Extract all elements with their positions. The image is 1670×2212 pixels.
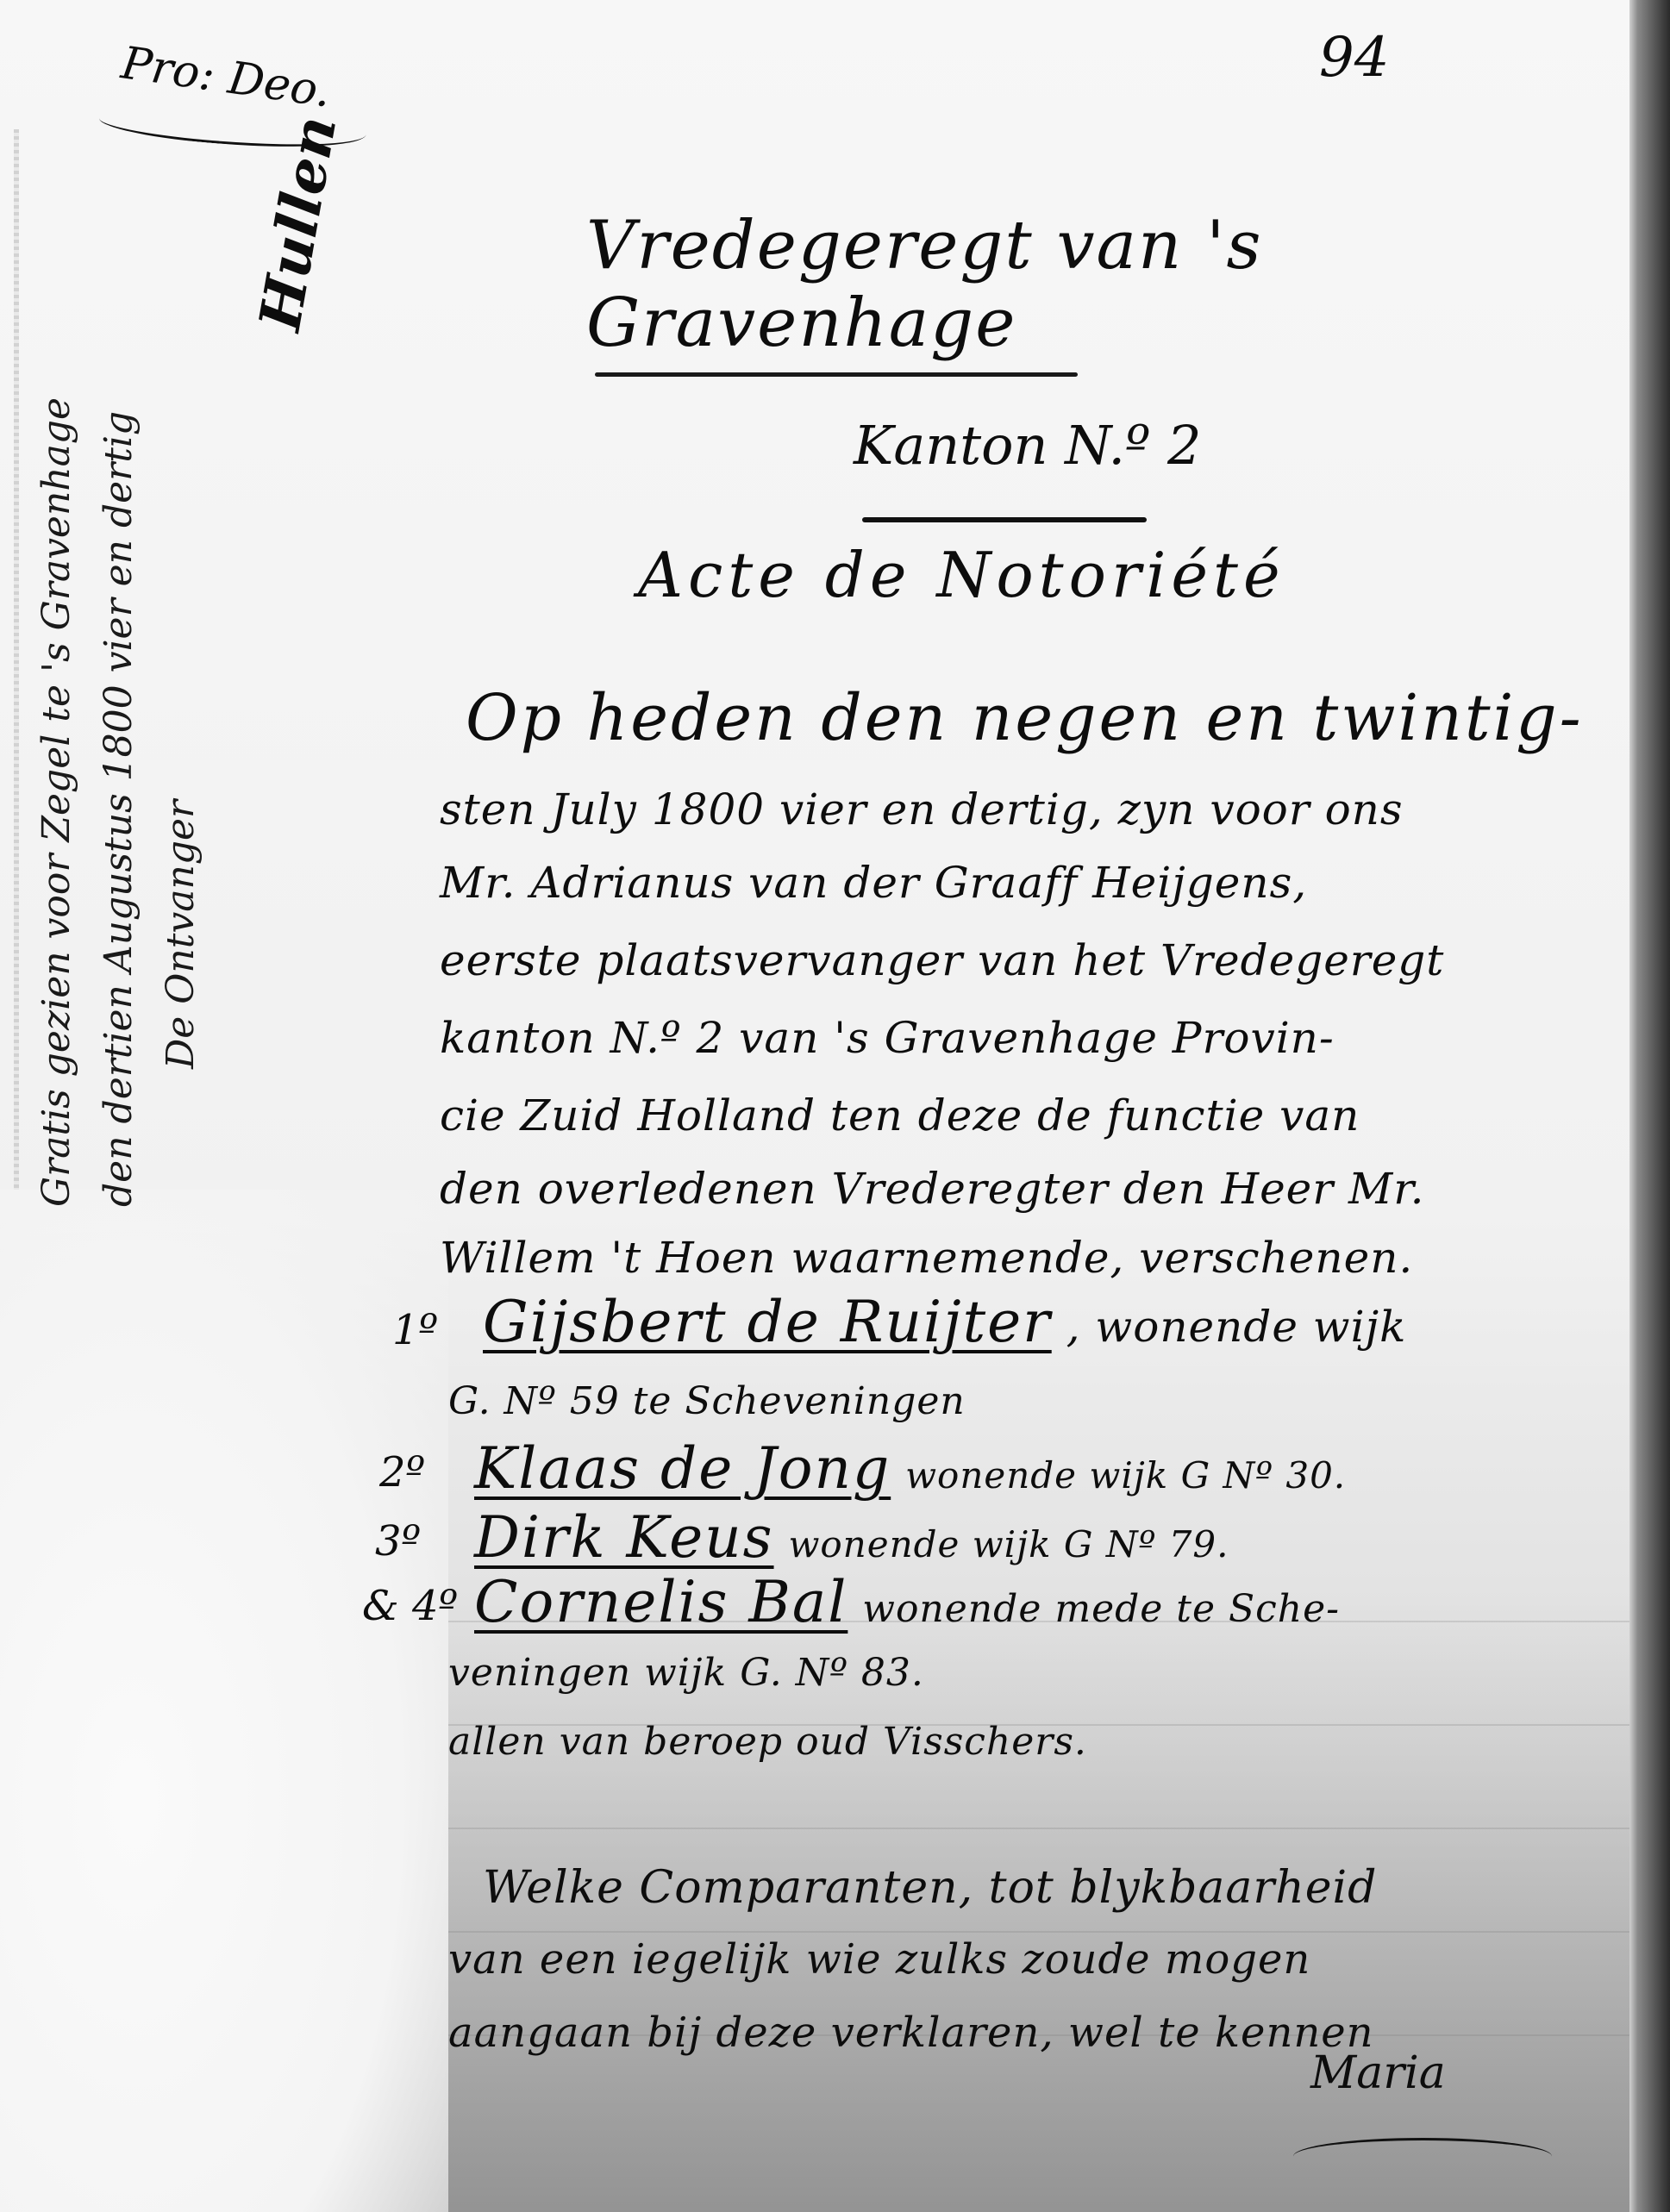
comparant-details: , wonende wijk [1066,1302,1407,1352]
body-line: sten July 1800 vier en dertig, zyn voor … [440,784,1404,834]
comparant-number: 2º [379,1448,425,1497]
comparant-name: Dirk Keus [474,1504,774,1571]
catchword: Maria [1310,2047,1446,2099]
ruled-line [448,1828,1629,1829]
kanton-heading: Kanton N.º 2 [854,414,1201,477]
margin-note-line: Gratis gezien voor Zegel te 's Gravenhag… [26,397,88,1207]
comparant-name: Gijsbert de Ruijter [483,1289,1052,1355]
body-line: van een iegelijk wie zulks zoude mogen [448,1935,1310,1984]
comparant-continuation: veningen wijk G. Nº 83. [448,1651,924,1695]
faded-margin-area [0,1190,448,2212]
comparant-number: 1º [392,1306,438,1354]
comparant-number: 3º [375,1517,421,1565]
comparant-entry: Klaas de Jong wonende wijk G Nº 30. [474,1435,1346,1502]
court-heading: Vredegeregt van 's Gravenhage [586,207,1670,362]
body-line: aangaan bij deze verklaren, wel te kenne… [448,2009,1374,2057]
document-title: Acte de Notoriété [638,539,1285,611]
body-line: kanton N.º 2 van 's Gravenhage Provin- [440,1013,1335,1063]
margin-rule [14,129,19,1190]
comparant-details: wonende wijk G Nº 30. [905,1454,1346,1497]
comparant-name: Klaas de Jong [474,1435,891,1502]
ruled-line [448,1931,1629,1933]
comparant-entry: Gijsbert de Ruijter , wonende wijk [483,1289,1406,1355]
stamp-duty-margin-note: Gratis gezien voor Zegel te 's Gravenhag… [26,397,212,1207]
comparant-details: wonende mede te Sche- [862,1587,1340,1631]
comparant-entry: Dirk Keus wonende wijk G Nº 79. [474,1504,1229,1571]
comparant-number: & 4º [362,1582,458,1630]
heading-rule [862,517,1147,522]
occupation-line: allen van beroep oud Visschers. [448,1720,1087,1764]
body-line: Willem 't Hoen waarnemende, verschenen. [440,1233,1413,1283]
comparant-details: wonende wijk G Nº 79. [788,1523,1229,1565]
body-line: den overledenen Vrederegter den Heer Mr. [440,1164,1425,1214]
body-line: eerste plaatsvervanger van het Vredegere… [440,935,1444,985]
comparant-name: Cornelis Bal [474,1569,848,1635]
body-line: cie Zuid Holland ten deze de functie van [440,1090,1360,1140]
heading-rule [595,372,1078,377]
margin-note-line: den dertien Augustus 1800 vier en dertig [88,397,150,1207]
body-line: Op heden den negen en twintig- [466,681,1584,755]
body-line: Mr. Adrianus van der Graaff Heijgens, [440,858,1307,908]
comparant-entry: Cornelis Bal wonende mede te Sche- [474,1569,1340,1635]
flourish-decoration [1293,2138,1552,2175]
folio-number: 94 [1319,26,1389,90]
margin-note-line: De Ontvanger [150,397,212,1207]
comparant-continuation: G. Nº 59 te Scheveningen [448,1379,966,1423]
body-line: Welke Comparanten, tot blykbaarheid [483,1862,1377,1914]
